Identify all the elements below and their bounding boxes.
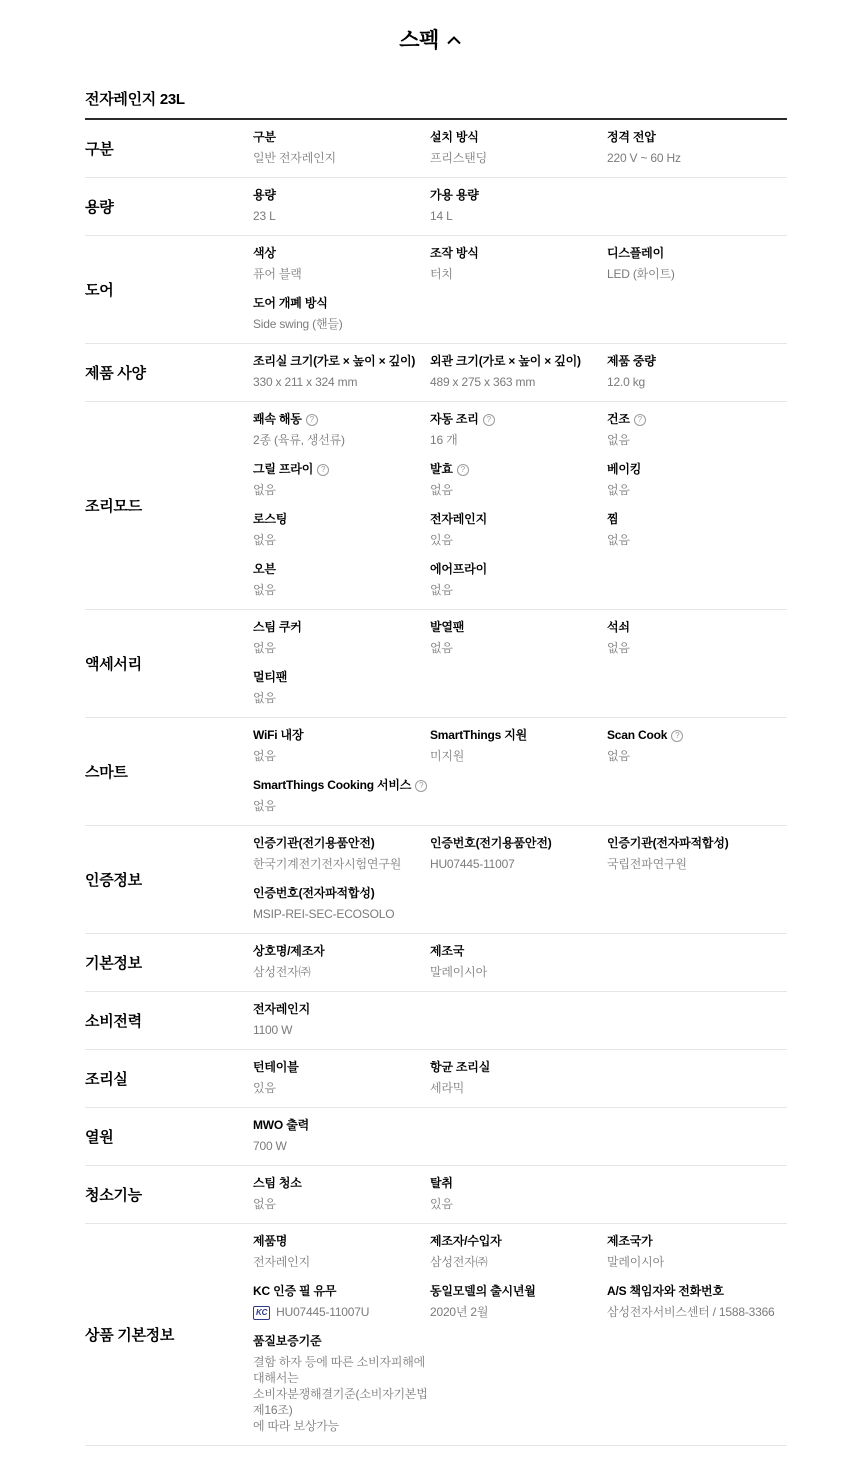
spec-category-label: 조리모드 bbox=[85, 495, 253, 516]
spec-item-label-text: 탈취 bbox=[430, 1176, 453, 1190]
spec-item-label: 스팀 쿠커 bbox=[253, 620, 430, 635]
spec-item-value: 있음 bbox=[430, 1196, 607, 1212]
spec-item-value: KCHU07445-11007U bbox=[253, 1304, 430, 1320]
spec-item-value: 없음 bbox=[253, 690, 430, 706]
spec-item-value-text: Side swing (핸들) bbox=[253, 317, 343, 331]
spec-item: MWO 출력 700 W bbox=[253, 1118, 430, 1154]
spec-item: 제품 중량 12.0 kg bbox=[607, 354, 787, 390]
spec-item-label: 제조국가 bbox=[607, 1234, 787, 1249]
spec-item-label-text: 인증번호(전자파적합성) bbox=[253, 886, 375, 900]
spec-item-value-text: 없음 bbox=[253, 641, 276, 655]
spec-item: 그릴 프라이? 없음 bbox=[253, 462, 430, 498]
spec-section-row: 구분 구분 일반 전자레인지 설치 방식 프리스탠딩 정격 전압 220 V ~… bbox=[85, 120, 787, 178]
spec-item-value: 퓨어 블랙 bbox=[253, 266, 430, 282]
spec-item-value-text: 삼성전자㈜ bbox=[430, 1255, 487, 1269]
spec-item-value: 2020년 2월 bbox=[430, 1304, 607, 1320]
spec-item-value: 12.0 kg bbox=[607, 374, 787, 390]
spec-item-value: 프리스탠딩 bbox=[430, 150, 607, 166]
spec-item-value: HU07445-11007 bbox=[430, 856, 607, 872]
spec-item-label: 턴테이블 bbox=[253, 1060, 430, 1075]
spec-item: 오븐 없음 bbox=[253, 562, 430, 598]
spec-item-value: 14 L bbox=[430, 208, 607, 224]
spec-item-value: 삼성전자㈜ bbox=[430, 1254, 607, 1270]
spec-item-label-text: 외관 크기(가로 × 높이 × 깊이) bbox=[430, 354, 581, 368]
spec-item: 색상 퓨어 블랙 bbox=[253, 246, 430, 282]
spec-item-label: 에어프라이 bbox=[430, 562, 607, 577]
spec-item-label-text: 에어프라이 bbox=[430, 562, 487, 576]
spec-item-value-text: 없음 bbox=[253, 691, 276, 705]
spec-item-value: Side swing (핸들) bbox=[253, 316, 430, 332]
spec-item-value: 없음 bbox=[253, 748, 430, 764]
spec-item: 인증기관(전기용품안전) 한국기계전기전자시험연구원 bbox=[253, 836, 430, 872]
spec-item-value-text: 한국기계전기전자시험연구원 bbox=[253, 857, 401, 871]
spec-grid: WiFi 내장 없음 SmartThings 지원 미지원 Scan Cook?… bbox=[253, 728, 787, 814]
spec-item-label: 오븐 bbox=[253, 562, 430, 577]
info-icon[interactable]: ? bbox=[317, 464, 329, 476]
spec-grid: 상호명/제조자 삼성전자㈜ 제조국 말레이시아 bbox=[253, 944, 787, 980]
spec-item: 정격 전압 220 V ~ 60 Hz bbox=[607, 130, 787, 166]
spec-grid: 턴테이블 있음 항균 조리실 세라믹 bbox=[253, 1060, 787, 1096]
spec-item-label: 석쇠 bbox=[607, 620, 787, 635]
spec-item-value-text: 세라믹 bbox=[430, 1081, 464, 1095]
spec-item: 용량 23 L bbox=[253, 188, 430, 224]
spec-category-label: 구분 bbox=[85, 138, 253, 159]
spec-item-label-text: 디스플레이 bbox=[607, 246, 664, 260]
spec-grid: 색상 퓨어 블랙 조작 방식 터치 디스플레이 LED (화이트) 도어 개폐 … bbox=[253, 246, 787, 332]
spec-item-label: 전자레인지 bbox=[430, 512, 607, 527]
spec-item-label-text: Scan Cook bbox=[607, 728, 667, 742]
spec-item: 동일모델의 출시년월 2020년 2월 bbox=[430, 1284, 607, 1320]
spec-item: 전자레인지 1100 W bbox=[253, 1002, 430, 1038]
spec-item-label: 쾌속 해동? bbox=[253, 412, 430, 427]
spec-item-value-text: 23 L bbox=[253, 209, 276, 223]
spec-item-value-text: 16 개 bbox=[430, 433, 457, 447]
spec-category-label: 용량 bbox=[85, 196, 253, 217]
spec-item: 쾌속 해동? 2종 (육류, 생선류) bbox=[253, 412, 430, 448]
spec-item: 조리실 크기(가로 × 높이 × 깊이) 330 x 211 x 324 mm bbox=[253, 354, 430, 390]
spec-item: 로스팅 없음 bbox=[253, 512, 430, 548]
spec-item: 상호명/제조자 삼성전자㈜ bbox=[253, 944, 430, 980]
spec-item-label-text: 항균 조리실 bbox=[430, 1060, 490, 1074]
spec-item-label-text: 색상 bbox=[253, 246, 276, 260]
spec-item-value-text: HU07445-11007 bbox=[430, 857, 515, 871]
spec-item-value-text: 220 V ~ 60 Hz bbox=[607, 151, 681, 165]
spec-item-label: 전자레인지 bbox=[253, 1002, 430, 1017]
spec-item-label: 도어 개폐 방식 bbox=[253, 296, 430, 311]
spec-item-value: LED (화이트) bbox=[607, 266, 787, 282]
spec-item-value-text: 330 x 211 x 324 mm bbox=[253, 375, 357, 389]
spec-item-value-text: 14 L bbox=[430, 209, 453, 223]
spec-item-value-text: 미지원 bbox=[430, 749, 464, 763]
spec-category-label: 인증정보 bbox=[85, 869, 253, 890]
spec-item: 턴테이블 있음 bbox=[253, 1060, 430, 1096]
spec-item-label-text: 스팀 쿠커 bbox=[253, 620, 302, 634]
info-icon[interactable]: ? bbox=[457, 464, 469, 476]
spec-item-label-text: 인증기관(전자파적합성) bbox=[607, 836, 729, 850]
spec-item-value: 전자레인지 bbox=[253, 1254, 430, 1270]
spec-item-label-text: 스팀 청소 bbox=[253, 1176, 302, 1190]
spec-item-value-text: 말레이시아 bbox=[430, 965, 487, 979]
spec-item-value-text: 12.0 kg bbox=[607, 375, 645, 389]
spec-item-value-text: 터치 bbox=[430, 267, 453, 281]
spec-item-label-text: SmartThings 지원 bbox=[430, 728, 527, 742]
spec-item-value-text: 일반 전자레인지 bbox=[253, 151, 336, 165]
spec-grid: 쾌속 해동? 2종 (육류, 생선류) 자동 조리? 16 개 건조? 없음 그… bbox=[253, 412, 787, 598]
spec-item-label: WiFi 내장 bbox=[253, 728, 430, 743]
spec-item-label-text: 자동 조리 bbox=[430, 412, 479, 426]
spec-item-label-text: 발열팬 bbox=[430, 620, 464, 634]
info-icon[interactable]: ? bbox=[671, 730, 683, 742]
spec-item-label-text: 베이킹 bbox=[607, 462, 641, 476]
spec-item-value-text: 삼성전자㈜ bbox=[253, 965, 310, 979]
spec-item: 멀티팬 없음 bbox=[253, 670, 430, 706]
spec-item: 탈취 있음 bbox=[430, 1176, 607, 1212]
spec-item-value-text: 2종 (육류, 생선류) bbox=[253, 433, 345, 447]
spec-grid: 제품명 전자레인지 제조자/수입자 삼성전자㈜ 제조국가 말레이시아 KC 인증… bbox=[253, 1234, 787, 1434]
spec-item-value: 없음 bbox=[253, 482, 430, 498]
spec-item-label: 제조국 bbox=[430, 944, 607, 959]
spec-item-value-text: HU07445-11007U bbox=[276, 1305, 369, 1319]
spec-section-row: 상품 기본정보 제품명 전자레인지 제조자/수입자 삼성전자㈜ 제조국가 말레이… bbox=[85, 1224, 787, 1446]
spec-item-value: 있음 bbox=[430, 532, 607, 548]
spec-item: 에어프라이 없음 bbox=[430, 562, 607, 598]
spec-item-value-text: 국립전파연구원 bbox=[607, 857, 687, 871]
spec-item-label: 멀티팬 bbox=[253, 670, 430, 685]
spec-item-value: 1100 W bbox=[253, 1022, 430, 1038]
spec-item-value-text: MSIP-REI-SEC-ECOSOLO bbox=[253, 907, 394, 921]
spec-item-label-text: SmartThings Cooking 서비스 bbox=[253, 778, 411, 792]
spec-item-label: 건조? bbox=[607, 412, 787, 427]
spec-item-label: 찜 bbox=[607, 512, 787, 527]
spec-item-value-text: 삼성전자서비스센터 / 1588-3366 bbox=[607, 1305, 775, 1319]
spec-item-label: 색상 bbox=[253, 246, 430, 261]
spec-item-label: 제조자/수입자 bbox=[430, 1234, 607, 1249]
spec-item-value-text: 있음 bbox=[253, 1081, 276, 1095]
spec-item-label-text: 품질보증기준 bbox=[253, 1334, 321, 1348]
spec-item-value: 220 V ~ 60 Hz bbox=[607, 150, 787, 166]
spec-grid: 구분 일반 전자레인지 설치 방식 프리스탠딩 정격 전압 220 V ~ 60… bbox=[253, 130, 787, 166]
spec-item-label: MWO 출력 bbox=[253, 1118, 430, 1133]
spec-item: 인증번호(전기용품안전) HU07445-11007 bbox=[430, 836, 607, 872]
info-icon[interactable]: ? bbox=[483, 414, 495, 426]
spec-table-header: 전자레인지 23L bbox=[85, 88, 787, 120]
spec-item: 조작 방식 터치 bbox=[430, 246, 607, 282]
spec-item-label-text: 제조국 bbox=[430, 944, 464, 958]
spec-item-value-text: 없음 bbox=[253, 799, 276, 813]
spec-item-value-text: 있음 bbox=[430, 533, 453, 547]
spec-item: SmartThings Cooking 서비스? 없음 bbox=[253, 778, 430, 814]
spec-item-label: 베이킹 bbox=[607, 462, 787, 477]
spec-item-value-text: 없음 bbox=[253, 533, 276, 547]
spec-item-value: 330 x 211 x 324 mm bbox=[253, 374, 430, 390]
spec-item-label-text: 인증기관(전기용품안전) bbox=[253, 836, 375, 850]
spec-item: SmartThings 지원 미지원 bbox=[430, 728, 607, 764]
spec-item-label-text: 제조국가 bbox=[607, 1234, 653, 1248]
spec-item-label-text: 제품명 bbox=[253, 1234, 287, 1248]
spec-item-label-text: 멀티팬 bbox=[253, 670, 287, 684]
spec-item-value-text: 없음 bbox=[253, 749, 276, 763]
spec-item-label-text: 동일모델의 출시년월 bbox=[430, 1284, 536, 1298]
spec-item-value: 미지원 bbox=[430, 748, 607, 764]
spec-item-label: 조리실 크기(가로 × 높이 × 깊이) bbox=[253, 354, 430, 369]
spec-item-label: 동일모델의 출시년월 bbox=[430, 1284, 607, 1299]
spec-item-label-text: 도어 개폐 방식 bbox=[253, 296, 328, 310]
spec-grid: 스팀 쿠커 없음 발열팬 없음 석쇠 없음 멀티팬 없음 bbox=[253, 620, 787, 706]
spec-item: 제조국가 말레이시아 bbox=[607, 1234, 787, 1270]
spec-item-value-text: 2020년 2월 bbox=[430, 1305, 488, 1319]
spec-item: 베이킹 없음 bbox=[607, 462, 787, 498]
spec-item: 제조자/수입자 삼성전자㈜ bbox=[430, 1234, 607, 1270]
spec-item: 외관 크기(가로 × 높이 × 깊이) 489 x 275 x 363 mm bbox=[430, 354, 607, 390]
spec-item-label: 상호명/제조자 bbox=[253, 944, 430, 959]
spec-item-label-text: WiFi 내장 bbox=[253, 728, 303, 742]
spec-item-value: 없음 bbox=[430, 582, 607, 598]
spec-item-value: 없음 bbox=[607, 748, 787, 764]
info-icon[interactable]: ? bbox=[306, 414, 318, 426]
spec-item-label-text: 오븐 bbox=[253, 562, 276, 576]
spec-grid: 스팀 청소 없음 탈취 있음 bbox=[253, 1176, 787, 1212]
spec-item: Scan Cook? 없음 bbox=[607, 728, 787, 764]
spec-section-row: 소비전력 전자레인지 1100 W bbox=[85, 992, 787, 1050]
spec-item-value: 없음 bbox=[253, 640, 430, 656]
spec-grid: 인증기관(전기용품안전) 한국기계전기전자시험연구원 인증번호(전기용품안전) … bbox=[253, 836, 787, 922]
spec-item-value: 없음 bbox=[430, 482, 607, 498]
spec-item-label-text: 제조자/수입자 bbox=[430, 1234, 502, 1248]
spec-grid: 전자레인지 1100 W bbox=[253, 1002, 787, 1038]
info-icon[interactable]: ? bbox=[634, 414, 646, 426]
spec-item: 품질보증기준 결함 하자 등에 따른 소비자피해에 대해서는 소비자분쟁해결기준… bbox=[253, 1334, 430, 1434]
spec-item-value-text: 없음 bbox=[430, 583, 453, 597]
spec-item: 스팀 청소 없음 bbox=[253, 1176, 430, 1212]
spec-item: 디스플레이 LED (화이트) bbox=[607, 246, 787, 282]
spec-section-row: 제품 사양 조리실 크기(가로 × 높이 × 깊이) 330 x 211 x 3… bbox=[85, 344, 787, 402]
spec-grid: 조리실 크기(가로 × 높이 × 깊이) 330 x 211 x 324 mm … bbox=[253, 354, 787, 390]
spec-item-label-text: 조작 방식 bbox=[430, 246, 479, 260]
spec-category-label: 상품 기본정보 bbox=[85, 1324, 253, 1345]
spec-item-label: KC 인증 필 유무 bbox=[253, 1284, 430, 1299]
spec-item-value: 있음 bbox=[253, 1080, 430, 1096]
spec-item-label: 외관 크기(가로 × 높이 × 깊이) bbox=[430, 354, 607, 369]
spec-item-value-text: 없음 bbox=[607, 483, 630, 497]
spec-item: 가용 용량 14 L bbox=[430, 188, 607, 224]
spec-item-label: Scan Cook? bbox=[607, 728, 787, 743]
spec-category-label: 제품 사양 bbox=[85, 362, 253, 383]
spec-item-label-text: 가용 용량 bbox=[430, 188, 479, 202]
spec-item-label-text: 정격 전압 bbox=[607, 130, 656, 144]
spec-item-label: 가용 용량 bbox=[430, 188, 607, 203]
spec-item-label-text: 발효 bbox=[430, 462, 453, 476]
spec-item: 발열팬 없음 bbox=[430, 620, 607, 656]
spec-item: 찜 없음 bbox=[607, 512, 787, 548]
spec-item-value: 한국기계전기전자시험연구원 bbox=[253, 856, 430, 872]
spec-item-label: 정격 전압 bbox=[607, 130, 787, 145]
spec-section-toggle[interactable]: 스펙 bbox=[0, 0, 860, 54]
spec-item-label-text: 그릴 프라이 bbox=[253, 462, 313, 476]
spec-item-value: 없음 bbox=[607, 482, 787, 498]
spec-category-label: 조리실 bbox=[85, 1068, 253, 1089]
spec-item-value-text: 퓨어 블랙 bbox=[253, 267, 302, 281]
spec-item-label: 발열팬 bbox=[430, 620, 607, 635]
spec-item-label-text: 석쇠 bbox=[607, 620, 630, 634]
spec-item-label: 디스플레이 bbox=[607, 246, 787, 261]
spec-category-label: 기본정보 bbox=[85, 952, 253, 973]
spec-category-label: 스마트 bbox=[85, 761, 253, 782]
spec-section-row: 기본정보 상호명/제조자 삼성전자㈜ 제조국 말레이시아 bbox=[85, 934, 787, 992]
spec-item-value-text: 없음 bbox=[253, 483, 276, 497]
spec-section-row: 스마트 WiFi 내장 없음 SmartThings 지원 미지원 Scan C… bbox=[85, 718, 787, 826]
spec-item-value: 세라믹 bbox=[430, 1080, 607, 1096]
spec-item: 석쇠 없음 bbox=[607, 620, 787, 656]
spec-section-row: 조리실 턴테이블 있음 항균 조리실 세라믹 bbox=[85, 1050, 787, 1108]
spec-item-value: 700 W bbox=[253, 1138, 430, 1154]
spec-item: 구분 일반 전자레인지 bbox=[253, 130, 430, 166]
spec-item: 인증기관(전자파적합성) 국립전파연구원 bbox=[607, 836, 787, 872]
spec-item-value-text: 전자레인지 bbox=[253, 1255, 310, 1269]
spec-item-value: 삼성전자서비스센터 / 1588-3366 bbox=[607, 1304, 787, 1320]
spec-section-row: 청소기능 스팀 청소 없음 탈취 있음 bbox=[85, 1166, 787, 1224]
spec-item: 제품명 전자레인지 bbox=[253, 1234, 430, 1270]
spec-item-label-text: 인증번호(전기용품안전) bbox=[430, 836, 552, 850]
spec-item-label: 용량 bbox=[253, 188, 430, 203]
spec-item-label-text: 찜 bbox=[607, 512, 618, 526]
spec-item: A/S 책임자와 전화번호 삼성전자서비스센터 / 1588-3366 bbox=[607, 1284, 787, 1320]
spec-category-label: 소비전력 bbox=[85, 1010, 253, 1031]
spec-item-value-text: 결함 하자 등에 따른 소비자피해에 대해서는 소비자분쟁해결기준(소비자기본법… bbox=[253, 1355, 428, 1433]
spec-grid: 용량 23 L 가용 용량 14 L bbox=[253, 188, 787, 224]
spec-item-value-text: 1100 W bbox=[253, 1023, 292, 1037]
spec-item-value-text: 없음 bbox=[607, 533, 630, 547]
spec-item-value: 말레이시아 bbox=[607, 1254, 787, 1270]
spec-item-value: 삼성전자㈜ bbox=[253, 964, 430, 980]
spec-item: 건조? 없음 bbox=[607, 412, 787, 448]
spec-item-label: 그릴 프라이? bbox=[253, 462, 430, 477]
spec-item-label: 인증번호(전자파적합성) bbox=[253, 886, 430, 901]
spec-item: 항균 조리실 세라믹 bbox=[430, 1060, 607, 1096]
spec-item-label: 항균 조리실 bbox=[430, 1060, 607, 1075]
spec-sections: 구분 구분 일반 전자레인지 설치 방식 프리스탠딩 정격 전압 220 V ~… bbox=[85, 120, 787, 1446]
spec-item-label-text: 용량 bbox=[253, 188, 276, 202]
spec-item: 자동 조리? 16 개 bbox=[430, 412, 607, 448]
spec-section-row: 조리모드 쾌속 해동? 2종 (육류, 생선류) 자동 조리? 16 개 건조?… bbox=[85, 402, 787, 610]
spec-table: 전자레인지 23L 구분 구분 일반 전자레인지 설치 방식 프리스탠딩 정격 … bbox=[85, 88, 787, 1466]
spec-item-label-text: 상호명/제조자 bbox=[253, 944, 325, 958]
spec-item-label: 제품 중량 bbox=[607, 354, 787, 369]
spec-item-label: 자동 조리? bbox=[430, 412, 607, 427]
spec-item-value: 없음 bbox=[607, 640, 787, 656]
spec-item: KC 인증 필 유무 KCHU07445-11007U bbox=[253, 1284, 430, 1320]
spec-item-value-text: 없음 bbox=[430, 641, 453, 655]
spec-item-label-text: 턴테이블 bbox=[253, 1060, 299, 1074]
spec-item-value: 없음 bbox=[253, 798, 430, 814]
spec-item-value-text: 프리스탠딩 bbox=[430, 151, 487, 165]
spec-item-value: 없음 bbox=[607, 532, 787, 548]
spec-item: 발효? 없음 bbox=[430, 462, 607, 498]
spec-item-label-text: 로스팅 bbox=[253, 512, 287, 526]
page-title: 스펙 bbox=[399, 29, 439, 52]
spec-item-label: SmartThings Cooking 서비스? bbox=[253, 778, 430, 793]
spec-item-label-text: MWO 출력 bbox=[253, 1118, 309, 1132]
spec-item-value: 23 L bbox=[253, 208, 430, 224]
spec-item: 스팀 쿠커 없음 bbox=[253, 620, 430, 656]
spec-item-value: 489 x 275 x 363 mm bbox=[430, 374, 607, 390]
spec-item: 설치 방식 프리스탠딩 bbox=[430, 130, 607, 166]
kc-certification-icon: KC bbox=[253, 1306, 270, 1320]
spec-item-value: 없음 bbox=[253, 582, 430, 598]
spec-item-label-text: 설치 방식 bbox=[430, 130, 479, 144]
spec-item-label-text: 전자레인지 bbox=[253, 1002, 310, 1016]
spec-category-label: 액세서리 bbox=[85, 653, 253, 674]
spec-item-value-text: 489 x 275 x 363 mm bbox=[430, 375, 535, 389]
spec-item-value: 국립전파연구원 bbox=[607, 856, 787, 872]
spec-item-value: 없음 bbox=[607, 432, 787, 448]
spec-item-value-text: 없음 bbox=[253, 583, 276, 597]
spec-item-value: 없음 bbox=[253, 532, 430, 548]
spec-item-value-text: 없음 bbox=[607, 433, 630, 447]
spec-item-value: 결함 하자 등에 따른 소비자피해에 대해서는 소비자분쟁해결기준(소비자기본법… bbox=[253, 1354, 430, 1434]
spec-item: 전자레인지 있음 bbox=[430, 512, 607, 548]
spec-item-label-text: KC 인증 필 유무 bbox=[253, 1284, 336, 1298]
spec-item-label-text: A/S 책임자와 전화번호 bbox=[607, 1284, 724, 1298]
spec-item-label: 스팀 청소 bbox=[253, 1176, 430, 1191]
spec-item: 인증번호(전자파적합성) MSIP-REI-SEC-ECOSOLO bbox=[253, 886, 430, 922]
spec-item-label: 탈취 bbox=[430, 1176, 607, 1191]
spec-item-value: 16 개 bbox=[430, 432, 607, 448]
spec-section-row: 액세서리 스팀 쿠커 없음 발열팬 없음 석쇠 없음 멀티팬 없음 bbox=[85, 610, 787, 718]
spec-item-label-text: 건조 bbox=[607, 412, 630, 426]
spec-item-label: 조작 방식 bbox=[430, 246, 607, 261]
spec-item-value: 일반 전자레인지 bbox=[253, 150, 430, 166]
spec-item-value-text: 말레이시아 bbox=[607, 1255, 664, 1269]
spec-category-label: 도어 bbox=[85, 279, 253, 300]
spec-category-label: 열원 bbox=[85, 1126, 253, 1147]
spec-item-value-text: LED (화이트) bbox=[607, 267, 675, 281]
spec-item-value-text: 없음 bbox=[607, 749, 630, 763]
spec-item-label-text: 전자레인지 bbox=[430, 512, 487, 526]
spec-item-value-text: 없음 bbox=[430, 483, 453, 497]
spec-item-value-text: 없음 bbox=[253, 1197, 276, 1211]
spec-item-label: 설치 방식 bbox=[430, 130, 607, 145]
spec-item-label: 발효? bbox=[430, 462, 607, 477]
spec-item-label-text: 제품 중량 bbox=[607, 354, 656, 368]
spec-section-row: 인증정보 인증기관(전기용품안전) 한국기계전기전자시험연구원 인증번호(전기용… bbox=[85, 826, 787, 934]
spec-item-value: 말레이시아 bbox=[430, 964, 607, 980]
spec-item-label-text: 쾌속 해동 bbox=[253, 412, 302, 426]
spec-item-label-text: 구분 bbox=[253, 130, 276, 144]
spec-item: 제조국 말레이시아 bbox=[430, 944, 607, 980]
spec-grid: MWO 출력 700 W bbox=[253, 1118, 787, 1154]
spec-item-label: SmartThings 지원 bbox=[430, 728, 607, 743]
spec-item-label: 제품명 bbox=[253, 1234, 430, 1249]
spec-section-row: 열원 MWO 출력 700 W bbox=[85, 1108, 787, 1166]
chevron-up-icon bbox=[447, 27, 461, 51]
spec-item: WiFi 내장 없음 bbox=[253, 728, 430, 764]
spec-section-row: 용량 용량 23 L 가용 용량 14 L bbox=[85, 178, 787, 236]
spec-section-row: 도어 색상 퓨어 블랙 조작 방식 터치 디스플레이 LED (화이트) 도어 … bbox=[85, 236, 787, 344]
spec-item-value: MSIP-REI-SEC-ECOSOLO bbox=[253, 906, 430, 922]
spec-item-label: 인증기관(전자파적합성) bbox=[607, 836, 787, 851]
spec-item-label: 구분 bbox=[253, 130, 430, 145]
spec-item: 도어 개폐 방식 Side swing (핸들) bbox=[253, 296, 430, 332]
spec-item-value: 터치 bbox=[430, 266, 607, 282]
spec-item-value-text: 700 W bbox=[253, 1139, 287, 1153]
spec-category-label: 청소기능 bbox=[85, 1184, 253, 1205]
spec-item-label: 로스팅 bbox=[253, 512, 430, 527]
spec-item-value: 2종 (육류, 생선류) bbox=[253, 432, 430, 448]
spec-item-value: 없음 bbox=[253, 1196, 430, 1212]
info-icon[interactable]: ? bbox=[415, 780, 427, 792]
spec-item-label: 품질보증기준 bbox=[253, 1334, 430, 1349]
spec-item-label: 인증기관(전기용품안전) bbox=[253, 836, 430, 851]
